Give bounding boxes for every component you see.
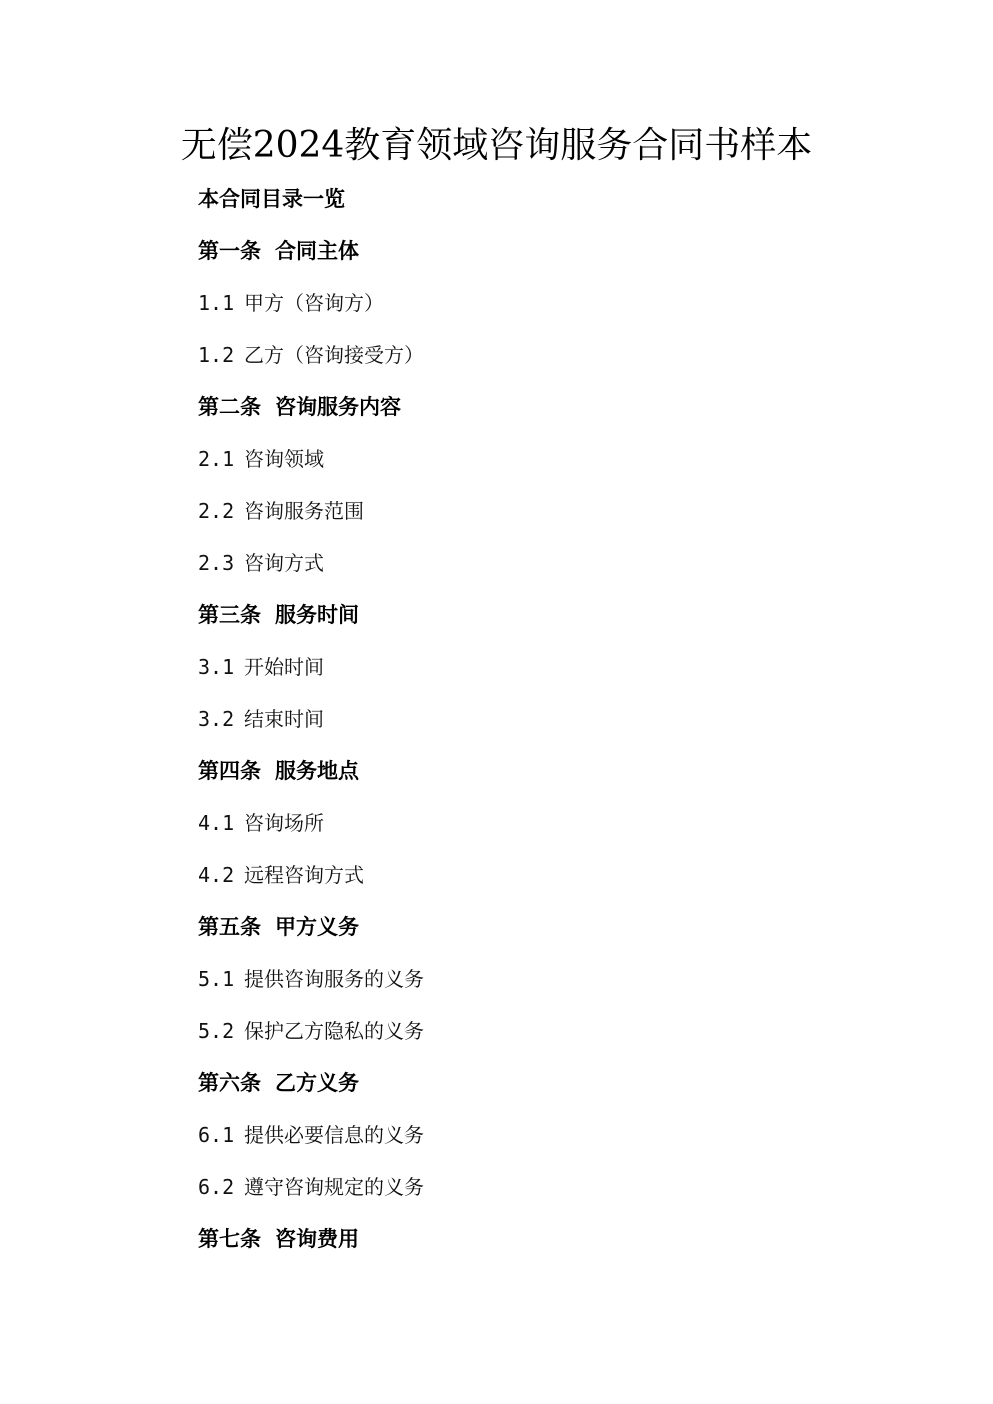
item-text: 咨询服务范围: [244, 499, 364, 523]
toc-item: 5.1提供咨询服务的义务: [198, 965, 424, 1017]
item-number: 6.2: [198, 1173, 244, 1201]
section-number: 第二条: [198, 395, 261, 419]
section-title: 服务地点: [275, 759, 359, 783]
item-text: 保护乙方隐私的义务: [244, 1019, 424, 1043]
item-number: 1.2: [198, 341, 244, 369]
toc-item: 4.2远程咨询方式: [198, 861, 424, 913]
document-title: 无偿2024教育领域咨询服务合同书样本: [0, 122, 993, 170]
section-number: 第七条: [198, 1227, 261, 1251]
item-text: 提供咨询服务的义务: [244, 967, 424, 991]
section-title: 咨询服务内容: [275, 395, 401, 419]
item-number: 2.2: [198, 497, 244, 525]
item-number: 3.2: [198, 705, 244, 733]
section-heading: 第三条服务时间: [198, 601, 424, 653]
section-title: 咨询费用: [275, 1227, 359, 1251]
section-title: 乙方义务: [275, 1071, 359, 1095]
section-heading: 第四条服务地点: [198, 757, 424, 809]
section-heading: 第二条咨询服务内容: [198, 393, 424, 445]
section-heading: 第五条甲方义务: [198, 913, 424, 965]
toc-item: 2.2咨询服务范围: [198, 497, 424, 549]
table-of-contents: 本合同目录一览 第一条合同主体 1.1甲方（咨询方） 1.2乙方（咨询接受方） …: [198, 185, 424, 1277]
item-text: 乙方（咨询接受方）: [244, 343, 424, 367]
item-number: 5.1: [198, 965, 244, 993]
toc-item: 3.2结束时间: [198, 705, 424, 757]
item-text: 开始时间: [244, 655, 324, 679]
toc-item: 6.2遵守咨询规定的义务: [198, 1173, 424, 1225]
toc-item: 5.2保护乙方隐私的义务: [198, 1017, 424, 1069]
item-text: 咨询场所: [244, 811, 324, 835]
section-number: 第六条: [198, 1071, 261, 1095]
item-number: 4.2: [198, 861, 244, 889]
toc-heading: 本合同目录一览: [198, 185, 424, 237]
toc-item: 2.3咨询方式: [198, 549, 424, 601]
section-number: 第四条: [198, 759, 261, 783]
item-text: 遵守咨询规定的义务: [244, 1175, 424, 1199]
item-number: 6.1: [198, 1121, 244, 1149]
item-text: 提供必要信息的义务: [244, 1123, 424, 1147]
toc-item: 1.1甲方（咨询方）: [198, 289, 424, 341]
toc-item: 6.1提供必要信息的义务: [198, 1121, 424, 1173]
item-text: 远程咨询方式: [244, 863, 364, 887]
section-heading: 第七条咨询费用: [198, 1225, 424, 1277]
section-title: 合同主体: [275, 239, 359, 263]
toc-item: 1.2乙方（咨询接受方）: [198, 341, 424, 393]
section-number: 第五条: [198, 915, 261, 939]
item-number: 5.2: [198, 1017, 244, 1045]
section-heading: 第六条乙方义务: [198, 1069, 424, 1121]
section-number: 第一条: [198, 239, 261, 263]
item-text: 咨询领域: [244, 447, 324, 471]
section-number: 第三条: [198, 603, 261, 627]
section-title: 服务时间: [275, 603, 359, 627]
item-number: 1.1: [198, 289, 244, 317]
item-text: 结束时间: [244, 707, 324, 731]
item-text: 甲方（咨询方）: [244, 291, 384, 315]
item-number: 2.3: [198, 549, 244, 577]
item-number: 3.1: [198, 653, 244, 681]
item-text: 咨询方式: [244, 551, 324, 575]
toc-item: 2.1咨询领域: [198, 445, 424, 497]
item-number: 4.1: [198, 809, 244, 837]
toc-item: 3.1开始时间: [198, 653, 424, 705]
section-heading: 第一条合同主体: [198, 237, 424, 289]
item-number: 2.1: [198, 445, 244, 473]
toc-item: 4.1咨询场所: [198, 809, 424, 861]
section-title: 甲方义务: [275, 915, 359, 939]
